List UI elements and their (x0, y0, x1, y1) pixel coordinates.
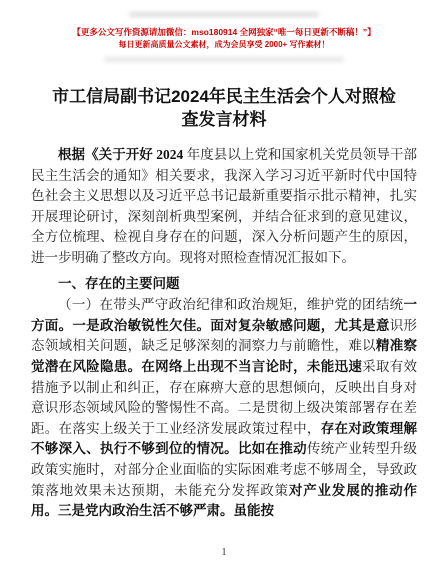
text-segment: 年度县以上党和国家机关党员领导干部民主生活会的通知》相关要求，我深入学习习近平新… (31, 147, 417, 265)
paragraph: （一）在带头严守政治纪律和政治规矩，维护党的团结统一方面。一是政治敏锐性欠佳。面… (31, 295, 417, 522)
promo-line-2: 每日更新高质量公文素材，成为会员享受 2000+ 写作素材！ (0, 39, 448, 51)
bold-text-segment: 一、存在的主要问题 (58, 276, 180, 291)
blur-artifact-top (129, 12, 319, 17)
document-title: 市工信局副书记2024年民主生活会个人对照检查发言材料 (48, 85, 400, 131)
bold-text-segment: 根据《关于开好 2024 (58, 147, 183, 162)
paragraph: 根据《关于开好 2024 年度县以上党和国家机关党员领导干部民主生活会的通知》相… (31, 145, 417, 269)
text-segment: （一）在带头严守政治纪律和政治规矩，维护党的团结统 (58, 297, 404, 312)
promo-line-1: 【更多公文写作资源请加微信：mso180914 全网独家“唯一每日更新不断稿！”… (0, 26, 448, 39)
page-number: 1 (0, 547, 448, 558)
section-heading: 一、存在的主要问题 (31, 274, 417, 295)
document-page: 【更多公文写作资源请加微信：mso180914 全网独家“唯一每日更新不断稿！”… (0, 0, 448, 580)
blur-artifact-below-promo (104, 57, 344, 62)
promo-watermark: 【更多公文写作资源请加微信：mso180914 全网独家“唯一每日更新不断稿！”… (0, 26, 448, 51)
document-body: 根据《关于开好 2024 年度县以上党和国家机关党员领导干部民主生活会的通知》相… (0, 145, 448, 522)
